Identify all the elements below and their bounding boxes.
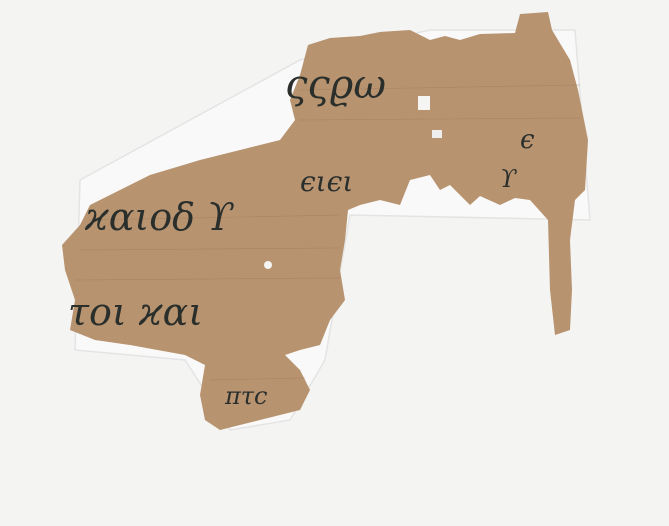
ink-line-5: ϒ <box>500 165 516 193</box>
ink-line-2: ϵ <box>520 125 535 155</box>
hole <box>432 130 442 138</box>
ink-line-1: ςςϱω <box>285 62 386 108</box>
ink-line-7: πτϲ <box>225 382 268 410</box>
ink-line-4: ϰαιοδ ϒ <box>85 195 233 239</box>
hole <box>418 96 430 110</box>
hole <box>264 261 272 269</box>
photo-frame: ςςϱω ϵ ϵιϵι ϰαιοδ ϒ ϒ τοι ϰαι πτϲ <box>0 0 669 526</box>
ink-line-6: τοι ϰαι <box>68 290 203 334</box>
ink-line-3: ϵιϵι <box>300 165 353 198</box>
